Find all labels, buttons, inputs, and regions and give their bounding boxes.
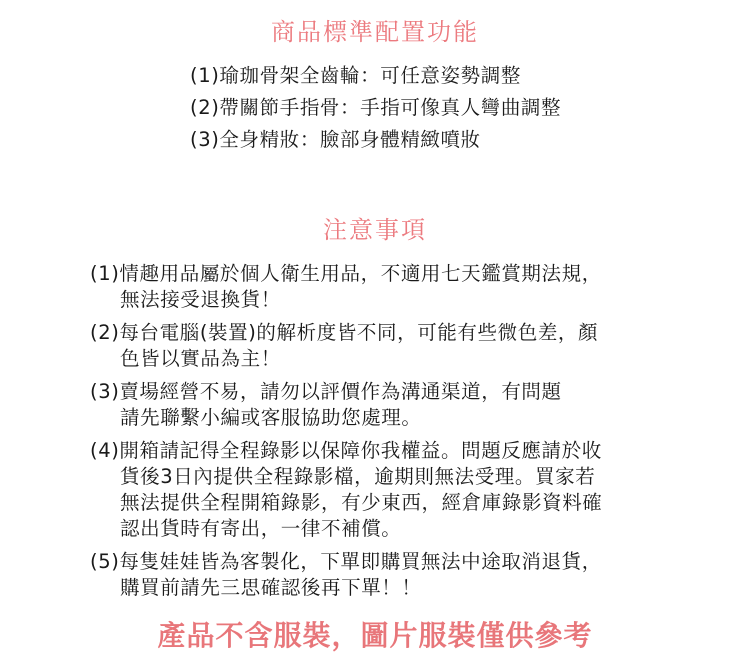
note-line: (4)開箱請記得全程錄影以保障你我權益。問題反應請於收 — [90, 438, 710, 464]
note-line: 色皆以實品為主！ — [90, 346, 710, 372]
note-line: 購買前請先三思確認後再下單！！ — [90, 575, 710, 601]
note-line: 請先聯繫小編或客服協助您處理。 — [90, 405, 710, 431]
note-item: (5)每隻娃娃皆為客製化，下單即購買無法中途取消退貨， 購買前請先三思確認後再下… — [90, 549, 710, 601]
note-item: (1)情趣用品屬於個人衛生用品，不適用七天鑑賞期法規， 無法接受退換貨！ — [90, 261, 710, 313]
note-line: 貨後3日內提供全程錄影檔，逾期則無法受理。買家若 — [90, 464, 710, 490]
note-line: 無法接受退換貨！ — [90, 287, 710, 313]
note-item: (3)賣場經營不易，請勿以評價作為溝通渠道，有問題 請先聯繫小編或客服協助您處理… — [90, 379, 710, 431]
features-list: (1)瑜珈骨架全齒輪：可任意姿勢調整 (2)帶關節手指骨：手指可像真人彎曲調整 … — [190, 60, 561, 156]
note-line: (2)每台電腦(裝置)的解析度皆不同，可能有些微色差，顏 — [90, 320, 710, 346]
features-title: 商品標準配置功能 — [0, 17, 750, 47]
note-item: (2)每台電腦(裝置)的解析度皆不同，可能有些微色差，顏 色皆以實品為主！ — [90, 320, 710, 372]
note-line: (1)情趣用品屬於個人衛生用品，不適用七天鑑賞期法規， — [90, 261, 710, 287]
feature-item: (2)帶關節手指骨：手指可像真人彎曲調整 — [190, 92, 561, 124]
note-line: (5)每隻娃娃皆為客製化，下單即購買無法中途取消退貨， — [90, 549, 710, 575]
note-line: 無法提供全程開箱錄影，有少東西，經倉庫錄影資料確 — [90, 490, 710, 516]
notes-title: 注意事項 — [0, 215, 750, 245]
feature-item: (3)全身精妝：臉部身體精緻噴妝 — [190, 124, 561, 156]
notes-list: (1)情趣用品屬於個人衛生用品，不適用七天鑑賞期法規， 無法接受退換貨！ (2)… — [90, 261, 710, 608]
feature-item: (1)瑜珈骨架全齒輪：可任意姿勢調整 — [190, 60, 561, 92]
note-line: (3)賣場經營不易，請勿以評價作為溝通渠道，有問題 — [90, 379, 710, 405]
note-line: 認出貨時有寄出，一律不補償。 — [90, 516, 710, 542]
note-item: (4)開箱請記得全程錄影以保障你我權益。問題反應請於收 貨後3日內提供全程錄影檔… — [90, 438, 710, 542]
footer-disclaimer: 產品不含服裝，圖片服裝僅供參考 — [0, 616, 750, 656]
